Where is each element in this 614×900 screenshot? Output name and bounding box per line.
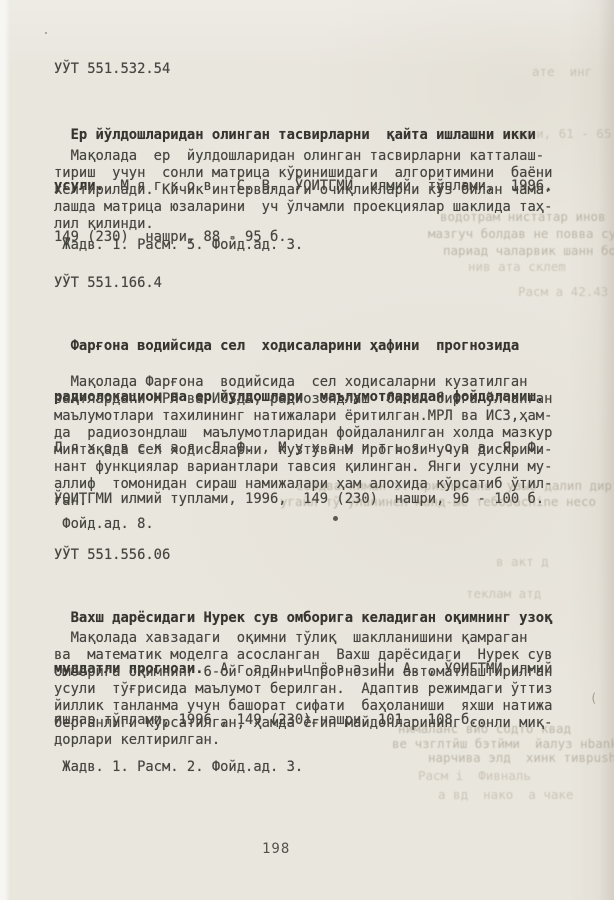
bleed-through-fragment: нарчива элд хинк тивpush — [428, 750, 614, 765]
entry-refs: Жадв. 1. Расм. 5. Фойд.ад. 3. — [54, 237, 303, 254]
ink-speck — [333, 516, 338, 521]
bleed-through-fragment: Расм і Фивналь — [418, 768, 531, 783]
title-bold-text: Фарғона водийсида сел ходисаларини ҳафин… — [54, 338, 519, 354]
entry-abstract: Мақолада Фарғона водийсида сел ходисалар… — [54, 374, 566, 510]
ink-speck — [45, 32, 47, 34]
ink-speck: ( — [590, 691, 597, 705]
entry-abstract: Мақолада ер йулдошларидан олинган тасвир… — [54, 148, 566, 233]
bleed-through-fragment: а вд нако а чаке — [438, 787, 573, 802]
udc-code: УЎТ 551.556.06 — [54, 547, 170, 564]
entry-refs: Жадв. 1. Расм. 2. Фойд.ад. 3. — [54, 759, 303, 776]
udc-code: УЎТ 551.166.4 — [54, 275, 162, 292]
bleed-through-fragment: Расм а 42.43 — [518, 284, 608, 299]
entry-title-line: Ер йўлдошларидан олинган тасвирларни қай… — [54, 127, 566, 144]
page-number: 198 — [262, 841, 290, 857]
title-bold-text: Ер йўлдошларидан олинган тасвирларни қай… — [54, 127, 536, 143]
entry-refs: Фойд.ад. 8. — [54, 516, 154, 533]
bleed-through-fragment: ате инг — [532, 64, 592, 79]
title-bold-text: Вахш дарёсидаги Нурек сув омборига келад… — [54, 610, 552, 626]
udc-code: УЎТ 551.532.54 — [54, 61, 170, 78]
entry-abstract: Мақолада хавзадаги оқимни тўлиқ шакллани… — [54, 630, 566, 749]
scanned-page: { "page": { "number": "198" }, "sections… — [0, 0, 614, 900]
entry-title-line: Вахш дарёсидаги Нурек сув омборига келад… — [54, 610, 566, 627]
bleed-through-fragment: в акт д — [496, 554, 549, 569]
entry-title-line: Фарғона водийсида сел ходисаларини ҳафин… — [54, 338, 566, 355]
